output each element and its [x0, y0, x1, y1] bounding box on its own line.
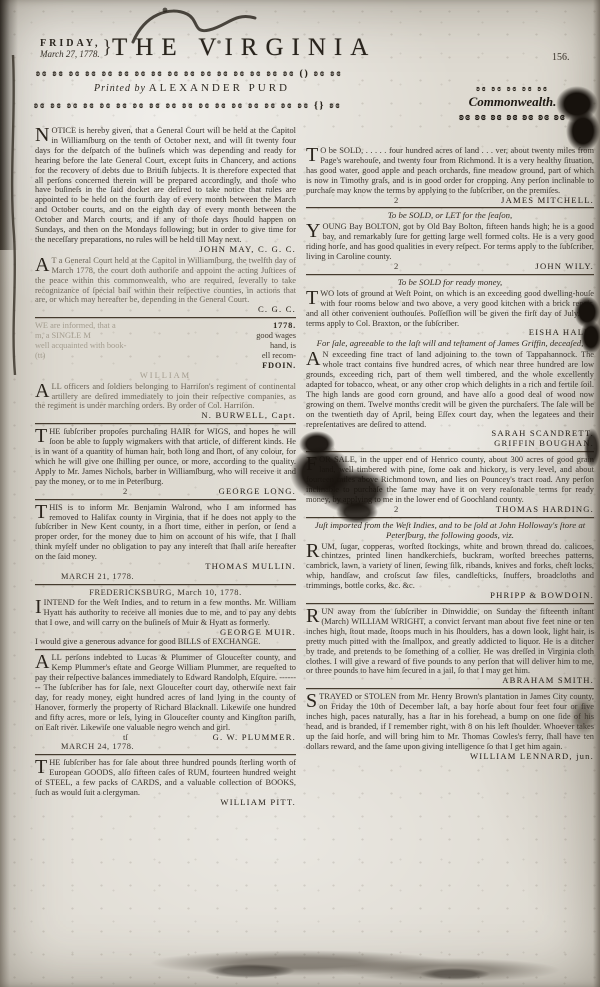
- ad-mitchell-land: TO be SOLD, . . . . . four hundred acres…: [306, 146, 594, 205]
- fold-tear-line: [2, 55, 26, 375]
- ad-signature: GRIFFIN BOUGHAN.: [306, 439, 594, 449]
- ad-header: For ſale, agreeable to the laſt will and…: [306, 339, 594, 349]
- ad-extra-line: I would give a generous advance for good…: [35, 637, 296, 647]
- drop-cap: T: [35, 427, 49, 444]
- ad-holloway-goods: Juſt imported from the Weſt Indies, and …: [306, 521, 594, 601]
- ad-artillery-regiment: ALL officers and ſoldiers belonging to H…: [35, 382, 296, 422]
- ad-dateline: FREDERICKSBURG, March 10, 1778.: [35, 588, 296, 598]
- drop-cap: A: [35, 382, 51, 399]
- ad-signature: THOMAS MULLIN.: [35, 562, 296, 572]
- column-divider-rule: [306, 688, 594, 689]
- ad-strayed-horse: STRAYED or STOLEN from Mr. Henry Brown's…: [306, 692, 594, 761]
- ad-european-goods: THE ſubſcriber has for ſale about three …: [35, 758, 296, 808]
- drop-cap: R: [306, 542, 321, 559]
- ad-signature: G. W. PLUMMER.: [213, 732, 296, 742]
- drop-cap: T: [35, 503, 49, 520]
- issue-date-block: FRIDAY, March 27, 1778. }: [40, 37, 112, 59]
- newspaper-page: FRIDAY, March 27, 1778. } THE VIRGINIA 1…: [0, 0, 600, 987]
- ad-dateline: MARCH 24, 1778.: [61, 742, 296, 752]
- ad-body: LL perſons indebted to Lucas & Plummer o…: [35, 653, 296, 731]
- drop-cap: S: [306, 692, 319, 709]
- ad-hair-for-wigs: THE ſubſcriber propoſes purchaſing HAIR …: [35, 427, 296, 496]
- damaged-text: WE are informed, that a m, a SINGLE M we…: [35, 321, 188, 371]
- fleuron-ornament-row: ʚɞ ʚɞ ʚɞ ʚɞ ʚɞ ʚɞ ʚɞ ʚɞ ʚɞ ʚɞ ʚɞ ʚɞ ʚɞ ʚ…: [34, 100, 352, 110]
- printer-line: Printed by ALEXANDER PURD: [36, 82, 348, 94]
- issue-date: March 27, 1778.: [40, 49, 101, 59]
- ad-signature-row: 2JAMES MITCHELL.: [306, 196, 594, 206]
- ad-signature: JOHN MAY, C. G. C.: [35, 245, 296, 255]
- smudge-mark: [569, 695, 597, 737]
- column-divider-rule: [306, 207, 594, 208]
- page-number: 156.: [552, 52, 570, 63]
- drop-cap: T: [35, 758, 49, 775]
- ad-muir-west-indies: FREDERICKSBURG, March 10, 1778. I INTEND…: [35, 588, 296, 647]
- drop-cap: R: [306, 607, 321, 624]
- ad-plummer-estate: ALL perſons indebted to Lucas & Plummer …: [35, 653, 296, 752]
- ad-body: HIS is to inform Mr. Benjamin Walrond, w…: [35, 503, 296, 562]
- ad-body: OTICE is hereby given, that a General Co…: [35, 126, 296, 244]
- ad-body: WO lots of ground at Weſt Point, on whic…: [306, 289, 594, 328]
- repeat-count: tſ: [123, 733, 128, 743]
- ad-general-court-notice: NOTICE is hereby given, that a General C…: [35, 126, 296, 255]
- ad-signature: GEORGE MUIR.: [35, 628, 296, 638]
- ad-signature: THOMAS HARDING.: [496, 504, 594, 514]
- ink-stain: [584, 428, 600, 468]
- ad-signature: PHRIPP & BOWDOIN.: [306, 591, 594, 601]
- ad-signature: WILLIAM PITT.: [35, 798, 296, 808]
- ad-body: TRAYED or STOLEN from Mr. Henry Brown's …: [306, 692, 594, 751]
- ad-signature: ABRAHAM SMITH.: [306, 676, 594, 686]
- ad-body: HE ſubſcriber has for ſale about three h…: [35, 758, 296, 797]
- column-divider-rule: [35, 423, 296, 424]
- column-divider-rule: [35, 754, 296, 755]
- column-divider-rule: [306, 451, 594, 452]
- ad-signature-row: 2GEORGE LONG.: [35, 487, 296, 497]
- repeat-count: 2: [394, 196, 398, 206]
- drop-cap: I: [35, 598, 44, 615]
- drop-cap: Y: [306, 222, 322, 239]
- ad-west-point-lots: To be SOLD for ready money, TWO lots of …: [306, 278, 594, 338]
- ink-stain: [580, 320, 600, 354]
- ink-stain: [336, 500, 378, 524]
- ad-runaway-wright: RUN away from the ſubſcriber in Dinwiddi…: [306, 607, 594, 686]
- torn-edge-shadow: [593, 0, 600, 987]
- ad-griffin-estate: For ſale, agreeable to the laſt will and…: [306, 339, 594, 449]
- ad-body: T a General Court held at the Capitol in…: [35, 256, 296, 305]
- column-divider-rule: [35, 584, 296, 585]
- ad-signature-row: tſG. W. PLUMMER.: [35, 733, 296, 743]
- ad-walrond-notice: THIS is to inform Mr. Benjamin Walrond, …: [35, 503, 296, 582]
- column-divider-rule: [35, 499, 296, 500]
- repeat-count: 2: [394, 262, 398, 272]
- ad-header: Juſt imported from the Weſt Indies, and …: [306, 521, 594, 541]
- repeat-count: 2: [123, 487, 127, 497]
- ad-damaged-wanted: WE are informed, that a m, a SINGLE M we…: [35, 321, 296, 380]
- ad-dateline: MARCH 21, 1778.: [61, 572, 296, 582]
- ad-body: HE ſubſcriber propoſes purchaſing HAIR f…: [35, 427, 296, 486]
- drop-cap: A: [35, 256, 51, 273]
- drop-cap: T: [306, 146, 320, 163]
- drop-cap: A: [306, 350, 322, 367]
- ad-signature: JAMES MITCHELL.: [501, 195, 594, 205]
- ad-body: O be SOLD, . . . . . four hundred acres …: [306, 146, 594, 195]
- ad-signature-row: 2JOHN WILY.: [306, 262, 594, 272]
- ad-body: UM, ſugar, copperas, worſted ſtockings, …: [306, 542, 594, 591]
- column-divider-rule: [306, 603, 594, 604]
- right-column: TO be SOLD, . . . . . four hundred acres…: [306, 146, 594, 763]
- ad-signature: N. BURWELL, Capt.: [35, 411, 296, 421]
- fleuron-ornament-row: ʚɞ ʚɞ ʚɞ ʚɞ ʚɞ ʚɞ ʚɞ ʚɞ ʚɞ ʚɞ ʚɞ ʚɞ ʚɞ ʚ…: [36, 68, 348, 78]
- smudge-mark: [420, 968, 490, 980]
- drop-cap: T: [306, 289, 320, 306]
- ink-squiggle-mark: [115, 0, 275, 60]
- column-divider-rule: [306, 274, 594, 275]
- ad-header: To be SOLD, or LET for the ſeaſon,: [306, 211, 594, 221]
- left-column: NOTICE is hereby given, that a General C…: [35, 126, 296, 809]
- ad-bay-bolton-horse: To be SOLD, or LET for the ſeaſon, YOUNG…: [306, 211, 594, 271]
- ad-signature: WILLIAM LENNARD, jun.: [306, 752, 594, 762]
- printed-by-label: Printed by: [94, 83, 146, 94]
- ad-signature: GEORGE LONG.: [219, 486, 296, 496]
- ad-body: LL officers and ſoldiers belonging to Ha…: [35, 382, 296, 411]
- ad-body: OUNG Bay BOLTON, got by Old Bay Bolton, …: [306, 222, 594, 261]
- ad-signature: C. G. C.: [35, 305, 296, 315]
- column-divider-rule: [35, 649, 296, 650]
- ink-stain: [566, 110, 600, 152]
- ad-signature: EISHA HALL.: [306, 328, 594, 338]
- drop-cap: N: [35, 126, 51, 143]
- smudge-mark: [205, 964, 295, 978]
- column-divider-rule: [35, 317, 296, 318]
- ad-body: N exceeding fine tract of land adjoining…: [306, 350, 594, 428]
- printer-name: ALEXANDER PURD: [149, 82, 290, 94]
- issue-day: FRIDAY,: [40, 38, 101, 49]
- ad-signature: JOHN WILY.: [535, 261, 594, 271]
- drop-cap: A: [35, 653, 51, 670]
- ad-body: INTEND for the Weſt Indies, and to retur…: [35, 598, 296, 627]
- damaged-signature: WILLIAM: [35, 371, 296, 381]
- brace-glyph: }: [103, 37, 112, 59]
- ad-header: To be SOLD for ready money,: [306, 278, 594, 288]
- legible-fragments: 1778. good wages hand, is ell recom- FDO…: [194, 321, 296, 371]
- repeat-count: 2: [394, 505, 398, 515]
- ad-general-court-bail: AT a General Court held at the Capitol i…: [35, 256, 296, 315]
- ad-body: UN away from the ſubſcriber in Dinwiddie…: [306, 607, 594, 675]
